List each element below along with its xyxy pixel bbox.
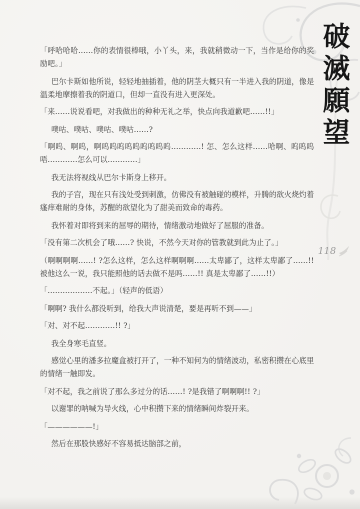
leaf-flourish-icon: [338, 245, 350, 257]
paragraph: 我的子宫，现在只有浅处受到刺激，仿佛没有被触碰的模样，升腾的欲火烧灼着瘙痒难耐的…: [40, 188, 314, 214]
paragraph: 然后在那股快感好不容易抵达脑部之前，: [40, 437, 314, 450]
paragraph: 「没有第二次机会了哦……? 快说，不然今天对你的管教就到此为止了。」: [40, 236, 314, 249]
paragraph: 「——————!」: [40, 420, 314, 433]
text-block: 「呼哈哈哈……你的表情很棒哦，小丫头，来，我就稍微动一下，当作是给你的奖励吧。」…: [40, 44, 314, 455]
paragraph: 「来……说说看吧，对我做出的种种无礼之举，快点向我道歉吧……!!」: [40, 105, 314, 118]
paragraph: 巴尔卡斯如他所说，轻轻地抽插着，他的阴茎大概只有一半进入我的阴道，像是温柔地摩擦…: [40, 75, 314, 101]
paragraph: 「对不起，我之前说了那么多过分的话……! ?是我错了啊啊啊!! ?」: [40, 385, 314, 398]
page-number: 118: [318, 245, 350, 257]
paragraph: 我全身寒毛直竖。: [40, 337, 314, 350]
paragraph: 「呼哈哈哈……你的表情很棒哦，小丫头，来，我就稍微动一下，当作是给你的奖励吧。」: [40, 44, 314, 70]
paragraph: （啊啊啊啊……! ?怎么这样，怎么这样啊啊啊……太卑鄙了，这样太卑鄙了……!! …: [40, 254, 314, 280]
paragraph: 噗咕、噗咕、噗咕、噗咕……?: [40, 123, 314, 136]
novel-page: 破滅願望 118 「呼哈哈哈……你的表情很棒哦，小丫头，来，我就稍微动一下，当作…: [0, 0, 360, 509]
page-number-value: 118: [318, 246, 336, 257]
paragraph: 我怀着对即将到来的屈辱的期待，情绪激动地做好了屈服的准备。: [40, 219, 314, 232]
paragraph: 「啊呜、啊呜，啊呜呜呜呜呜呜呜呜呜…………! 怎、怎么这样……哈啊、呜呜呜唔………: [40, 140, 314, 166]
book-title-vertical: 破滅願望: [320, 22, 347, 150]
paragraph: 「………………不起。」（轻声的低语）: [40, 284, 314, 297]
paragraph: 感觉心里的潘多拉魔盒被打开了，一种不知何为的情绪波动，私密积攒在心底里的情绪一触…: [40, 354, 314, 380]
paragraph: 我无法将视线从巴尔卡斯身上移开。: [40, 171, 314, 184]
paragraph: 以谢罪的呐喊为导火线，心中积攒下来的情绪瞬间炸裂开来。: [40, 402, 314, 415]
paragraph: 「啊啊? 我什么都没听到，给我大声说清楚，要是再听不到——」: [40, 302, 314, 315]
paragraph: 「对、对不起…………!! ?」: [40, 319, 314, 332]
